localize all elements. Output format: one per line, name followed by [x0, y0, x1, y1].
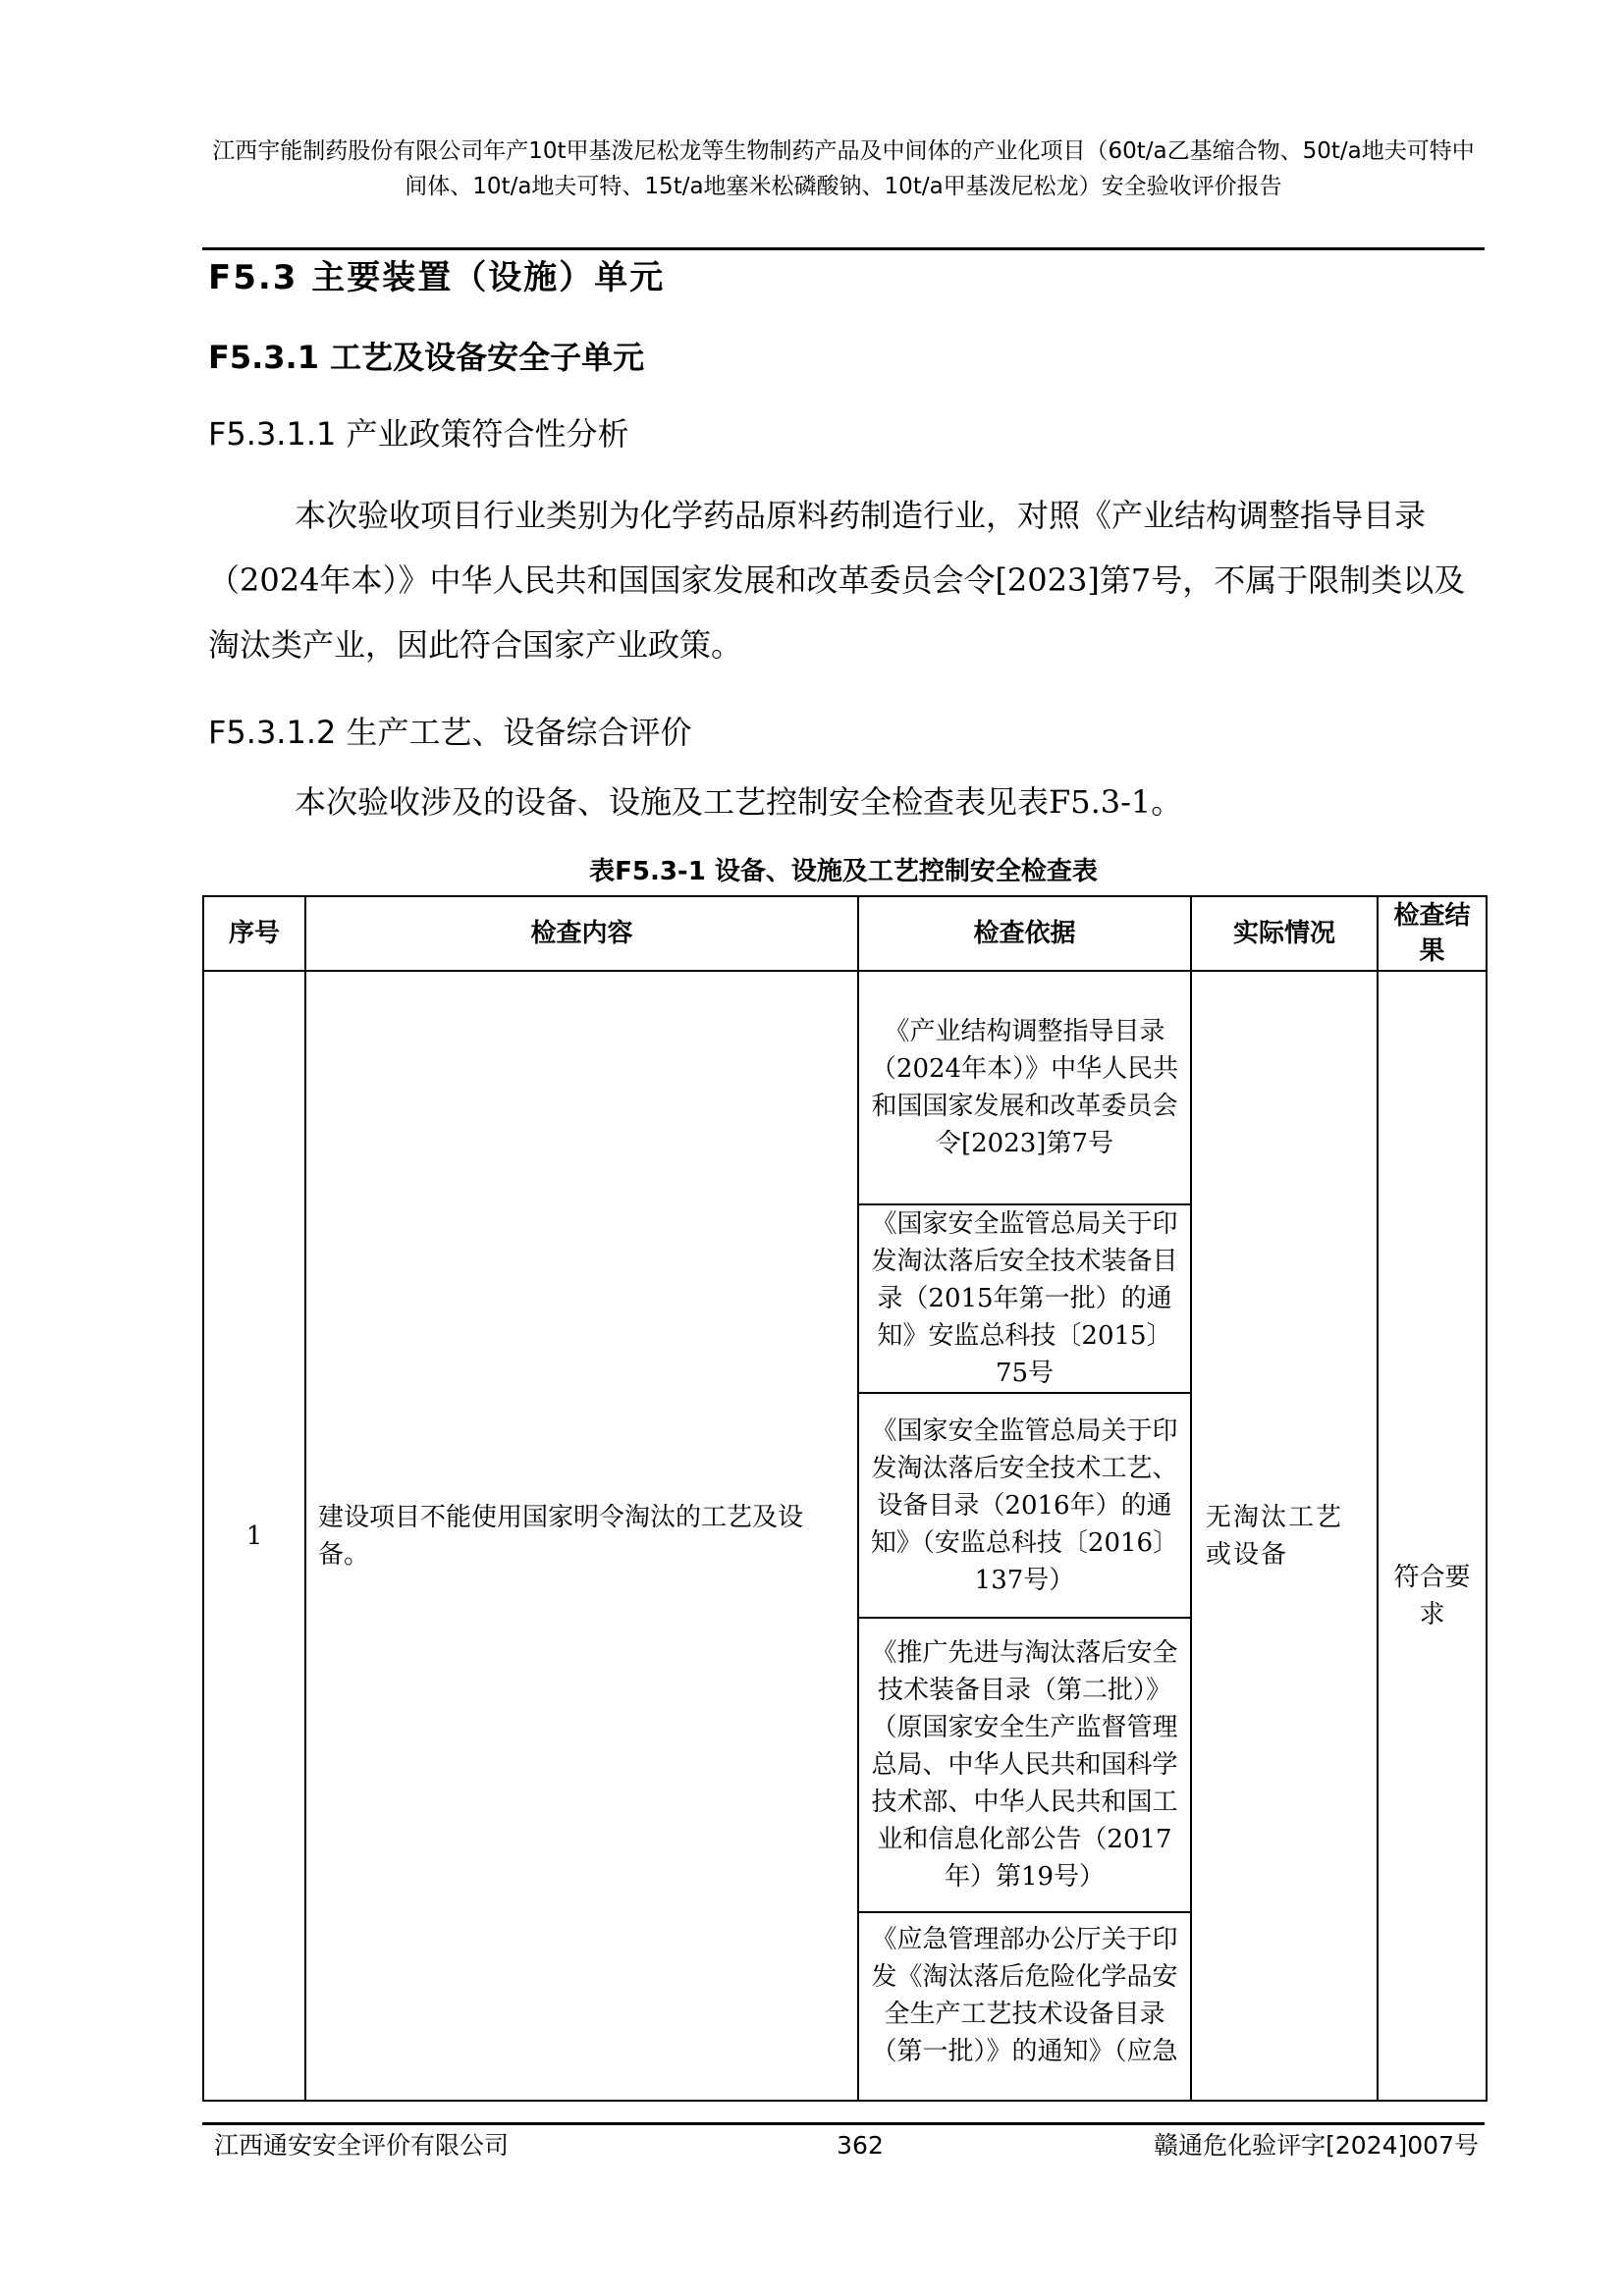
row-basis-3: 《国家安全监管总局关于印发淘汰落后安全技术工艺、设备目录（2016年）的通知》（…: [858, 1393, 1191, 1618]
header-seq: 序号: [203, 896, 305, 971]
header-content: 检查内容: [305, 896, 858, 971]
row-actual-status: 无淘汰工艺或设备: [1191, 971, 1378, 2101]
row-basis-4: 《推广先进与淘汰落后安全技术装备目录（第二批）》（原国家安全生产监督管理总局、中…: [858, 1618, 1191, 1912]
row-check-result: 符合要求: [1378, 971, 1487, 2101]
row-check-content: 建设项目不能使用国家明令淘汰的工艺及设备。: [305, 971, 858, 2101]
policy-analysis-paragraph: 本次验收项目行业类别为化学药品原料药制造行业，对照《产业结构调整指导目录（202…: [208, 483, 1485, 677]
section-heading-f5-3: F5.3 主要装置（设施）单元: [208, 253, 665, 302]
report-header-title: 江西宇能制药股份有限公司年产10t甲基泼尼松龙等生物制药产品及中间体的产业化项目…: [202, 133, 1485, 204]
header-actual: 实际情况: [1191, 896, 1378, 971]
header-divider: [202, 247, 1485, 250]
table-row: 1 建设项目不能使用国家明令淘汰的工艺及设备。 《产业结构调整指导目录（2024…: [203, 971, 1487, 1204]
document-number: 赣通危化验评字[2024]007号: [1154, 2128, 1479, 2163]
safety-checklist-table: 序号 检查内容 检查依据 实际情况 检查结果 1 建设项目不能使用国家明令淘汰的…: [202, 895, 1488, 2102]
footer-divider: [202, 2122, 1485, 2125]
section-heading-f5-3-1-1: F5.3.1.1 产业政策符合性分析: [208, 410, 629, 457]
row-basis-5: 《应急管理部办公厅关于印发《淘汰落后危险化学品安全生产工艺技术设备目录（第一批）…: [858, 1912, 1191, 2101]
table-header-row: 序号 检查内容 检查依据 实际情况 检查结果: [203, 896, 1487, 971]
section-heading-f5-3-1-2: F5.3.1.2 生产工艺、设备综合评价: [208, 709, 692, 756]
row-seq: 1: [203, 971, 305, 2101]
table-caption: 表F5.3-1 设备、设施及工艺控制安全检查表: [202, 852, 1485, 891]
page-number: 362: [791, 2128, 929, 2163]
row-basis-2: 《国家安全监管总局关于印发淘汰落后安全技术装备目录（2015年第一批）的通知》安…: [858, 1204, 1191, 1393]
row-basis-1: 《产业结构调整指导目录（2024年本）》中华人民共和国国家发展和改革委员会令[2…: [858, 971, 1191, 1204]
evaluation-intro-paragraph: 本次验收涉及的设备、设施及工艺控制安全检查表见表F5.3-1。: [208, 777, 1485, 827]
header-basis: 检查依据: [858, 896, 1191, 971]
section-heading-f5-3-1: F5.3.1 工艺及设备安全子单元: [208, 334, 644, 381]
header-result: 检查结果: [1378, 896, 1487, 971]
footer-company: 江西通安安全评价有限公司: [214, 2128, 509, 2163]
